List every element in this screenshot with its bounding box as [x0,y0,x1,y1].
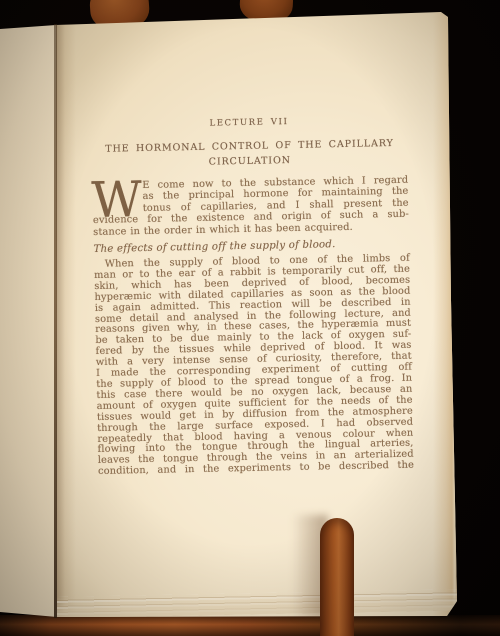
section-heading: The effects of cutting off the supply of… [93,238,409,255]
book-photograph: LECTURE VII THE HORMONAL CONTROL OF THE … [0,0,500,636]
gutter-crease [54,24,57,618]
easel-front-peg [320,518,354,636]
drop-cap: W [91,181,142,220]
easel-bottom-rail [0,615,500,636]
page-fore-edge [433,8,458,618]
chapter-title: THE HORMONAL CONTROL OF THE CAPILLARY CI… [91,137,408,172]
gutter-shadow [56,18,76,618]
opening-paragraph: W E come now to the substance which I re… [92,175,409,238]
page-bottom-edge-stack [55,589,457,618]
body-paragraph: When the supply of blood to one of the l… [94,254,414,478]
body-paragraph-lines: When the supply of blood to one of the l… [94,254,414,478]
page-text: LECTURE VII THE HORMONAL CONTROL OF THE … [91,115,414,478]
